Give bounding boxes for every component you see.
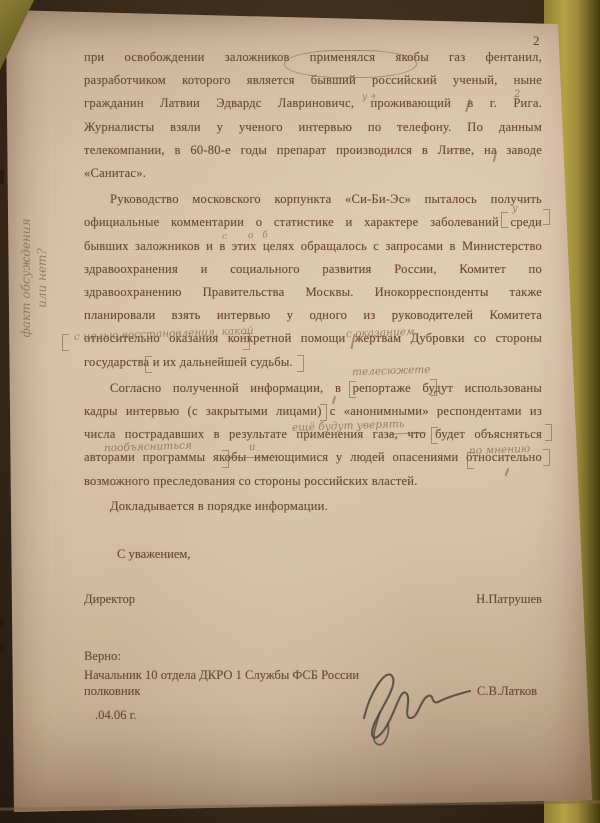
text-line: при освобождении заложников применялся я… (84, 46, 542, 69)
pencil-bracket-close-obyasnyatsya (545, 424, 552, 441)
closing-salutation: С уважением, (117, 547, 191, 562)
paragraph-3: Согласно полученной информации, в репорт… (84, 377, 542, 493)
text-line: бывших заложников и в этих целях обращал… (84, 235, 542, 258)
text-line: «Санитас». (84, 162, 542, 185)
signer-title: Директор (84, 592, 135, 607)
document-sheet: 2 при освобождении заложников применялся… (0, 0, 600, 823)
text-line: Докладывается в порядке информации. (84, 495, 542, 518)
text-line: разработчиком которого является бывший р… (84, 69, 542, 92)
signature-row: Директор Н.Патрушев (84, 592, 542, 607)
certification-rank: полковник (84, 684, 140, 699)
margin-note-line2: или нет? (34, 188, 50, 368)
text-line: авторами программы якобы имеющимися у лю… (84, 446, 542, 469)
document-text: при освобождении заложников применялся я… (84, 46, 542, 518)
binding-mark (0, 618, 4, 628)
paragraph-2: Руководство московского корпункта «Си-Би… (84, 188, 542, 374)
margin-note-line1: факт обсуждения (18, 188, 34, 368)
pencil-bracket-close-sredi (543, 209, 550, 225)
paragraph-4: Докладывается в порядке информации. (84, 495, 542, 518)
text-line: Руководство московского корпункта «Си-Би… (84, 188, 542, 211)
paragraph-1: при освобождении заложников применялся я… (84, 46, 542, 185)
certification-date: .04.06 г. (95, 708, 137, 723)
pencil-bracket-open-otnositelno (62, 334, 69, 351)
text-line: здравоохранения и социального развития Р… (84, 258, 542, 281)
binding-mark (0, 645, 4, 651)
text-line: возможного преследования со стороны росс… (84, 470, 542, 493)
text-line: относительно оказания конкретной помощи … (84, 327, 542, 350)
text-line: Журналисты взяли у ученого интервью по т… (84, 116, 542, 139)
handwritten-signature (350, 660, 475, 748)
text-line: Согласно полученной информации, в репорт… (84, 377, 542, 400)
text-line: здравоохранению Правительства Москвы. Ин… (84, 281, 542, 304)
certification-position: Начальник 10 отдела ДКРО 1 Службы ФСБ Ро… (84, 668, 359, 683)
text-line: кадры интервью (с закрытыми лицами) с «а… (84, 400, 542, 423)
text-line: гражданин Латвии Эдвардс Лавриновичс, пр… (84, 92, 542, 115)
photo-of-document: { "page": { "number": "2" }, "colors": {… (0, 0, 600, 823)
text-line: телекомпании, в 60-80-е годы препарат пр… (84, 139, 542, 162)
certification-verno: Верно: (84, 649, 121, 664)
text-line: официальные комментарии о статистике и х… (84, 211, 542, 234)
certification-name: С.В.Латков (477, 684, 537, 699)
pencil-bracket-close-otnositelno2 (543, 449, 550, 466)
text-line: государства и их дальнейшей судьбы. (84, 351, 542, 374)
margin-handwritten-note: факт обсуждения или нет? (18, 188, 50, 368)
text-line: числа пострадавших в результате применен… (84, 423, 542, 446)
text-line: планировали взять интервью у одного из р… (84, 304, 542, 327)
signer-name: Н.Патрушев (476, 592, 542, 607)
binding-mark (0, 170, 4, 184)
